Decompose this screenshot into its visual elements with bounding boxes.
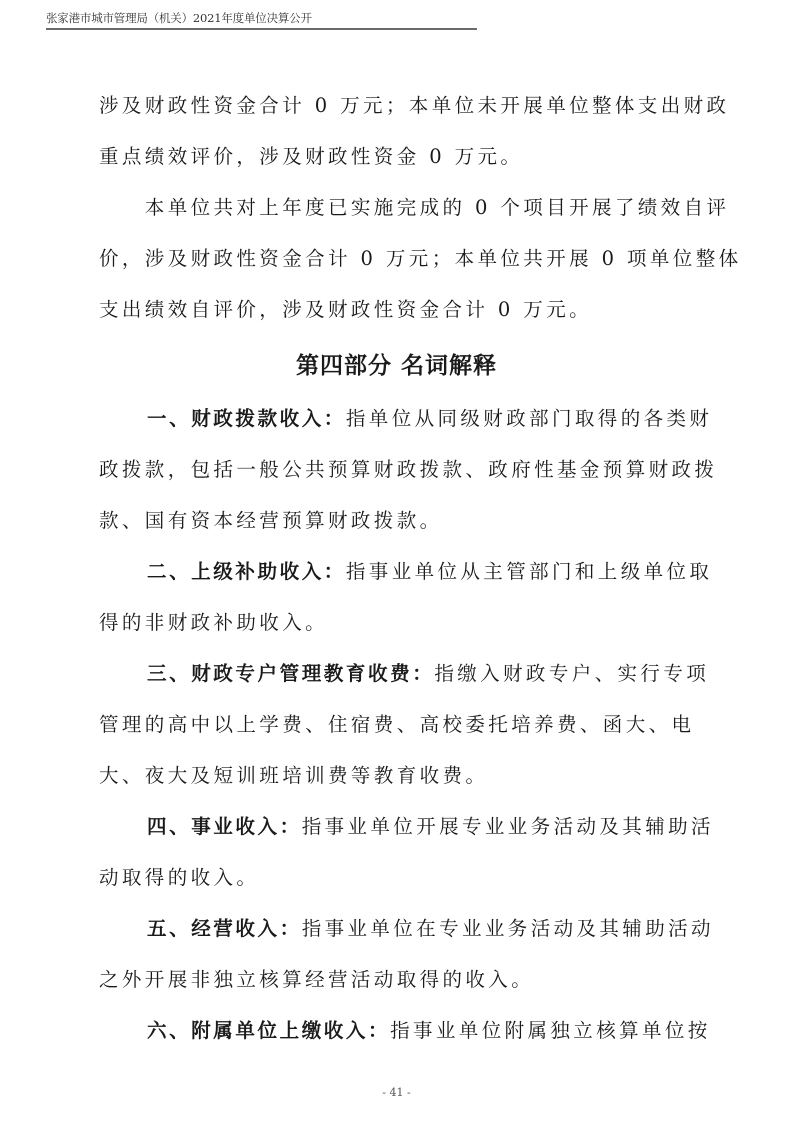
definition-term: 一、财政拨款收入： — [147, 407, 346, 430]
definition-text: 指事业单位在专业业务活动及其辅助活动 — [302, 917, 714, 940]
definition-text: 指缴入财政专户、实行专项 — [434, 662, 709, 685]
paragraph-line: 支出绩效自评价，涉及财政性资金合计 0 万元。 — [99, 296, 699, 323]
definition-line: 一、财政拨款收入：指单位从同级财政部门取得的各类财 — [147, 405, 747, 432]
definition-text: 指事业单位附属独立核算单位按 — [390, 1019, 711, 1042]
definition-line: 得的非财政补助收入。 — [99, 609, 699, 636]
definition-line: 六、附属单位上缴收入：指事业单位附属独立核算单位按 — [147, 1017, 747, 1044]
paragraph-line: 价，涉及财政性资金合计 0 万元；本单位共开展 0 项单位整体 — [99, 245, 699, 272]
definition-text: 指单位从同级财政部门取得的各类财 — [346, 407, 712, 430]
definition-line: 动取得的收入。 — [99, 864, 699, 891]
paragraph-line: 重点绩效评价，涉及财政性资金 0 万元。 — [99, 143, 699, 170]
definition-line: 二、上级补助收入：指事业单位从主管部门和上级单位取 — [147, 558, 747, 585]
definition-term: 三、财政专户管理教育收费： — [147, 662, 434, 685]
section-title: 第四部分 名词解释 — [0, 347, 793, 380]
header-rule — [46, 28, 477, 30]
definition-line: 管理的高中以上学费、住宿费、高校委托培养费、函大、电 — [99, 711, 699, 738]
definition-line: 之外开展非独立核算经营活动取得的收入。 — [99, 966, 699, 993]
page-number: - 41 - — [0, 1086, 793, 1099]
page-header: 张家港市城市管理局（机关）2021年度单位决算公开 — [46, 10, 477, 26]
paragraph-line: 本单位共对上年度已实施完成的 0 个项目开展了绩效自评 — [99, 194, 699, 221]
definition-term: 二、上级补助收入： — [147, 560, 346, 583]
definition-line: 五、经营收入：指事业单位在专业业务活动及其辅助活动 — [147, 915, 747, 942]
definition-line: 大、夜大及短训班培训费等教育收费。 — [99, 762, 699, 789]
definition-text: 指事业单位从主管部门和上级单位取 — [346, 560, 712, 583]
paragraph-line: 涉及财政性资金合计 0 万元；本单位未开展单位整体支出财政 — [99, 92, 699, 119]
definition-line: 政拨款，包括一般公共预算财政拨款、政府性基金预算财政拨 — [99, 456, 699, 483]
definition-line: 款、国有资本经营预算财政拨款。 — [99, 507, 699, 534]
definition-text: 指事业单位开展专业业务活动及其辅助活 — [302, 815, 714, 838]
definition-term: 五、经营收入： — [147, 917, 302, 940]
definition-line: 三、财政专户管理教育收费：指缴入财政专户、实行专项 — [147, 660, 747, 687]
definition-line: 四、事业收入：指事业单位开展专业业务活动及其辅助活 — [147, 813, 747, 840]
definition-term: 四、事业收入： — [147, 815, 302, 838]
definition-term: 六、附属单位上缴收入： — [147, 1019, 390, 1042]
